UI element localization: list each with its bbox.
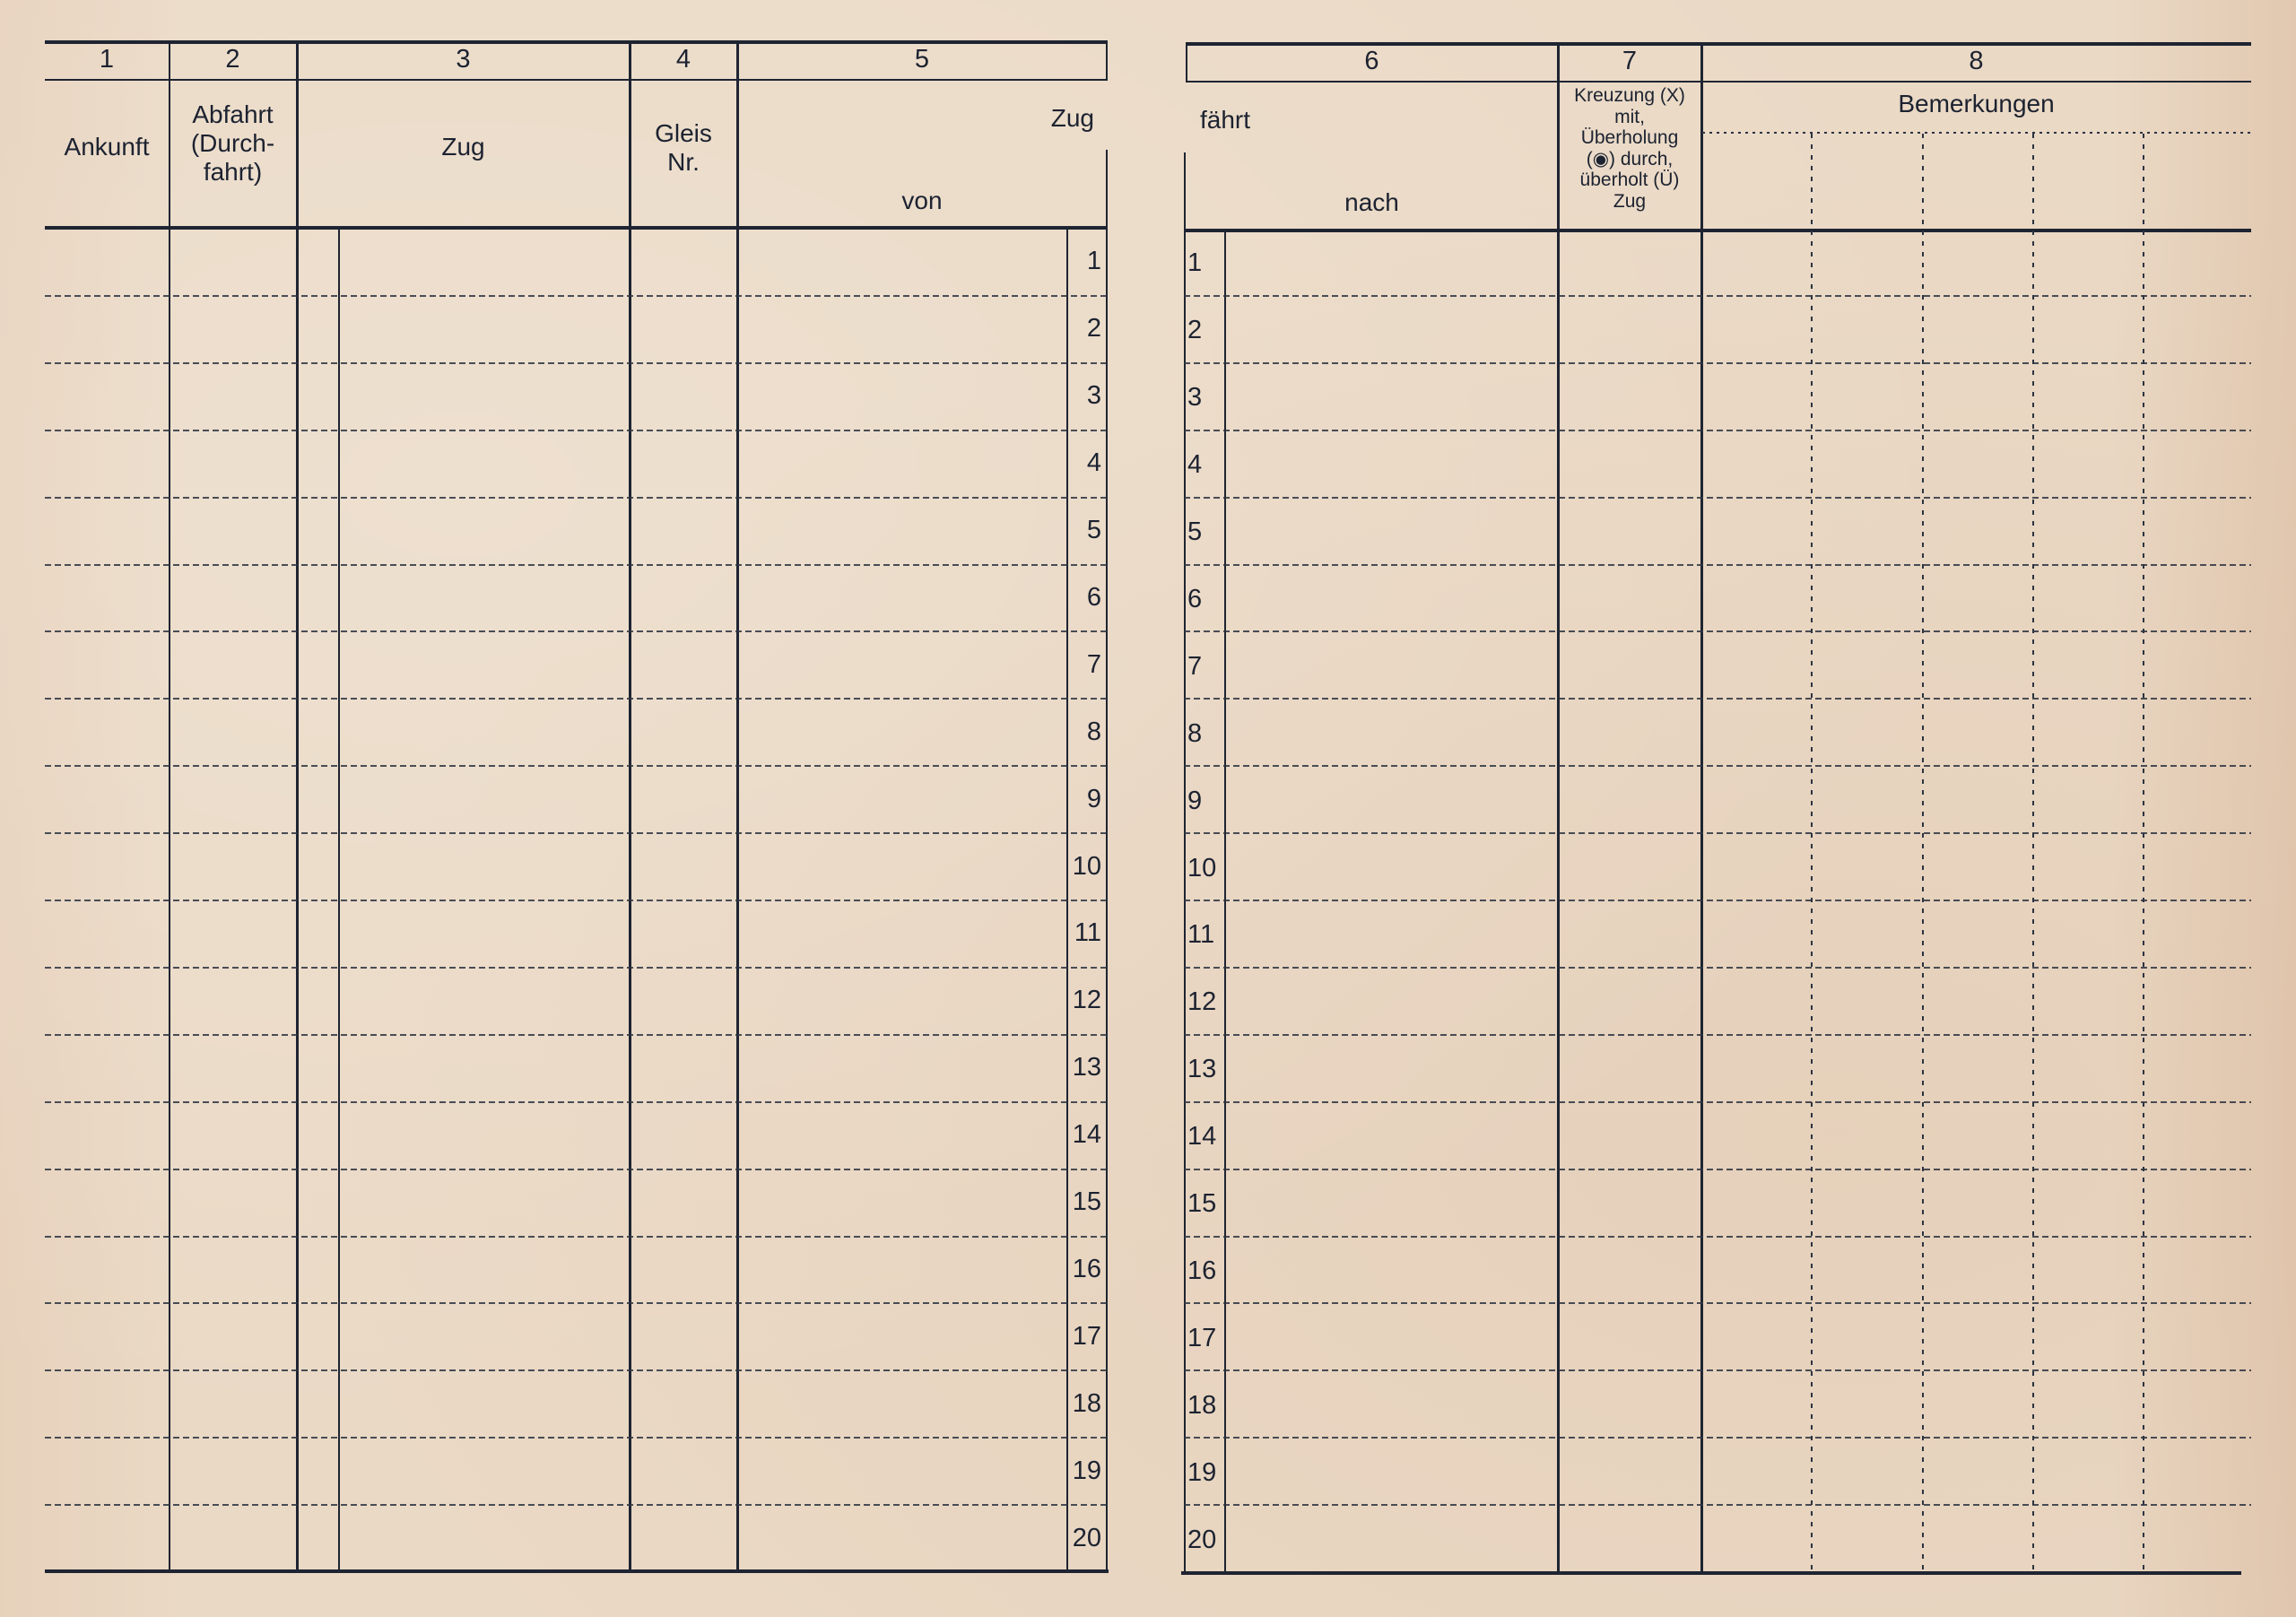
header-kreuzung-line2: mit, <box>1558 107 1701 128</box>
header-abfahrt-line3: fahrt) <box>169 158 297 187</box>
left-row-number: 18 <box>1067 1389 1101 1419</box>
right-row-number: 11 <box>1187 920 1223 950</box>
left-table-row[interactable] <box>47 1037 1065 1100</box>
left-top-rule <box>45 40 1108 44</box>
header-gleis-line1: Gleis <box>630 119 737 148</box>
right-top-rule <box>1186 42 2251 46</box>
left-row-divider <box>45 564 1107 566</box>
left-row-divider <box>45 1101 1107 1103</box>
right-row-number: 9 <box>1187 787 1223 816</box>
left-table-row[interactable] <box>47 902 1065 965</box>
column-number-5: 5 <box>737 45 1107 74</box>
header-von: von <box>737 187 1107 215</box>
left-row-divider <box>45 1034 1107 1036</box>
right-table-row[interactable] <box>1227 768 2249 830</box>
left-row-divider <box>45 1369 1107 1371</box>
right-row-number: 8 <box>1187 719 1223 749</box>
right-table-row[interactable] <box>1227 902 2249 965</box>
left-row-divider <box>45 832 1107 834</box>
right-bottom-rule <box>1181 1571 2241 1575</box>
left-row-number: 15 <box>1067 1187 1101 1217</box>
header-kreuzung-line6: Zug <box>1558 191 1701 213</box>
left-row-divider <box>45 497 1107 499</box>
left-number-row-rule <box>45 79 1108 81</box>
left-row-number: 16 <box>1067 1255 1101 1284</box>
left-row-number: 12 <box>1067 986 1101 1015</box>
left-row-divider <box>45 698 1107 700</box>
column-number-7: 7 <box>1558 47 1701 76</box>
left-bottom-rule <box>45 1569 1109 1573</box>
left-row-number: 8 <box>1067 717 1101 747</box>
right-table-row[interactable] <box>1227 1305 2249 1368</box>
right-table-row[interactable] <box>1227 298 2249 361</box>
column-number-1: 1 <box>45 45 169 74</box>
right-row-number: 18 <box>1187 1391 1223 1421</box>
right-row-number: 6 <box>1187 585 1223 614</box>
left-table-row[interactable] <box>47 298 1065 361</box>
header-gleis-line2: Nr. <box>630 148 737 177</box>
left-row-divider <box>45 967 1107 969</box>
right-table-row[interactable] <box>1227 500 2249 562</box>
left-table-row[interactable] <box>47 1439 1065 1502</box>
right-row-number: 13 <box>1187 1055 1223 1084</box>
right-row-divider <box>1184 1169 2251 1170</box>
right-row-number: 17 <box>1187 1324 1223 1353</box>
right-row-number: 3 <box>1187 383 1223 413</box>
right-row-divider <box>1184 1101 2251 1103</box>
header-ankunft: Ankunft <box>45 133 169 161</box>
column-number-3: 3 <box>297 45 630 74</box>
right-row-divider <box>1184 630 2251 632</box>
left-row-divider <box>45 900 1107 901</box>
right-table-row[interactable] <box>1227 1104 2249 1167</box>
header-faehrt: fährt <box>1200 106 1308 135</box>
right-row-number: 15 <box>1187 1189 1223 1219</box>
left-row-number: 4 <box>1067 448 1101 478</box>
right-row-divider <box>1184 497 2251 499</box>
left-row-divider <box>45 630 1107 632</box>
left-table-row[interactable] <box>47 1104 1065 1167</box>
left-row-divider <box>45 362 1107 364</box>
right-table-row[interactable] <box>1227 1171 2249 1234</box>
right-row-number: 5 <box>1187 517 1223 547</box>
right-row-divider <box>1184 362 2251 364</box>
left-row-divider <box>45 1437 1107 1439</box>
right-row-number: 12 <box>1187 987 1223 1017</box>
left-table-row[interactable] <box>47 1239 1065 1301</box>
left-table-row[interactable] <box>47 432 1065 495</box>
right-row-number: 4 <box>1187 450 1223 480</box>
right-row-divider <box>1184 1504 2251 1506</box>
right-table-row[interactable] <box>1227 1037 2249 1100</box>
right-row-divider <box>1184 765 2251 767</box>
column-number-8: 8 <box>1701 47 2251 76</box>
right-table-row[interactable] <box>1227 230 2249 293</box>
column-number-2: 2 <box>169 45 297 74</box>
right-row-divider <box>1184 1302 2251 1304</box>
right-row-divider <box>1184 295 2251 297</box>
left-row-number: 1 <box>1067 247 1101 276</box>
left-row-divider <box>45 1504 1107 1506</box>
left-row-number: 9 <box>1067 785 1101 814</box>
header-kreuzung-line4: (◉) durch, <box>1558 149 1701 170</box>
left-table-row[interactable] <box>47 1305 1065 1368</box>
right-row-number: 10 <box>1187 854 1223 883</box>
right-table-row[interactable] <box>1227 365 2249 428</box>
right-row-divider <box>1184 1034 2251 1036</box>
right-row-divider <box>1184 900 2251 901</box>
right-row-number: 19 <box>1187 1458 1223 1488</box>
left-row-number: 19 <box>1067 1456 1101 1486</box>
header-kreuzung-line5: überholt (Ü) <box>1558 170 1701 191</box>
right-table-row[interactable] <box>1227 1439 2249 1502</box>
right-row-divider <box>1184 1236 2251 1238</box>
header-gleis-nr: Gleis Nr. <box>630 119 737 177</box>
header-abfahrt-line2: (Durch- <box>169 129 297 158</box>
left-row-number: 6 <box>1067 583 1101 613</box>
left-table-row[interactable] <box>47 768 1065 830</box>
header-abfahrt-line1: Abfahrt <box>169 100 297 129</box>
left-row-divider <box>45 1236 1107 1238</box>
left-row-number: 13 <box>1067 1053 1101 1082</box>
left-row-number: 2 <box>1067 314 1101 343</box>
left-row-number: 17 <box>1067 1322 1101 1352</box>
left-row-number: 20 <box>1067 1524 1101 1553</box>
header-nach: nach <box>1186 188 1558 217</box>
right-row-number: 1 <box>1187 248 1223 278</box>
left-table-row[interactable] <box>47 1171 1065 1234</box>
right-table-row[interactable] <box>1227 700 2249 763</box>
right-left-border <box>1184 152 1186 1572</box>
right-table-row[interactable] <box>1227 432 2249 495</box>
left-table-row[interactable] <box>47 230 1065 293</box>
header-kreuzung-line3: Überholung <box>1558 127 1701 149</box>
left-table-row[interactable] <box>47 1507 1065 1569</box>
left-table-row[interactable] <box>47 700 1065 763</box>
left-table-row[interactable] <box>47 1372 1065 1435</box>
right-table-row[interactable] <box>1227 835 2249 898</box>
column-number-4: 4 <box>630 45 737 74</box>
left-row-number: 14 <box>1067 1120 1101 1150</box>
header-zug: Zug <box>297 133 630 161</box>
left-table-row[interactable] <box>47 365 1065 428</box>
header-kreuzung-line1: Kreuzung (X) <box>1558 85 1701 107</box>
right-table-row[interactable] <box>1227 567 2249 630</box>
left-row-number: 10 <box>1067 852 1101 882</box>
left-row-divider <box>45 430 1107 431</box>
left-row-number: 3 <box>1067 381 1101 411</box>
left-row-number: 11 <box>1067 918 1101 948</box>
left-table-row[interactable] <box>47 567 1065 630</box>
left-row-divider <box>45 295 1107 297</box>
right-row-divider <box>1184 967 2251 969</box>
right-row-divider <box>1184 564 2251 566</box>
right-table-row[interactable] <box>1227 969 2249 1032</box>
left-row-divider <box>45 1302 1107 1304</box>
right-row-divider <box>1184 1369 2251 1371</box>
right-row-divider <box>1184 430 2251 431</box>
left-row-number: 7 <box>1067 650 1101 680</box>
right-table-row[interactable] <box>1227 1507 2249 1569</box>
right-table-row[interactable] <box>1227 1372 2249 1435</box>
left-table-row[interactable] <box>47 500 1065 562</box>
left-table-row[interactable] <box>47 835 1065 898</box>
header-zug-faehrt-left: Zug <box>1022 104 1094 133</box>
right-row-number: 7 <box>1187 652 1223 682</box>
column-number-6: 6 <box>1186 47 1558 76</box>
header-kreuzung: Kreuzung (X) mit, Überholung (◉) durch, … <box>1558 85 1701 212</box>
right-row-number: 14 <box>1187 1122 1223 1152</box>
right-row-number: 2 <box>1187 316 1223 345</box>
right-row-number: 16 <box>1187 1256 1223 1286</box>
right-row-divider <box>1184 832 2251 834</box>
right-table-row[interactable] <box>1227 1239 2249 1301</box>
right-row-number: 20 <box>1187 1526 1223 1555</box>
left-table-row[interactable] <box>47 633 1065 696</box>
right-row-divider <box>1184 698 2251 700</box>
bemerkungen-subdivider <box>1702 132 2251 134</box>
header-abfahrt: Abfahrt (Durch- fahrt) <box>169 100 297 187</box>
left-header-rule <box>45 226 1108 230</box>
left-table-row[interactable] <box>47 969 1065 1032</box>
left-row-divider <box>45 765 1107 767</box>
left-row-divider <box>45 1169 1107 1170</box>
right-table-row[interactable] <box>1227 633 2249 696</box>
header-bemerkungen: Bemerkungen <box>1701 90 2251 118</box>
right-number-row-rule <box>1186 81 2251 83</box>
left-row-number: 5 <box>1067 516 1101 545</box>
right-row-divider <box>1184 1437 2251 1439</box>
